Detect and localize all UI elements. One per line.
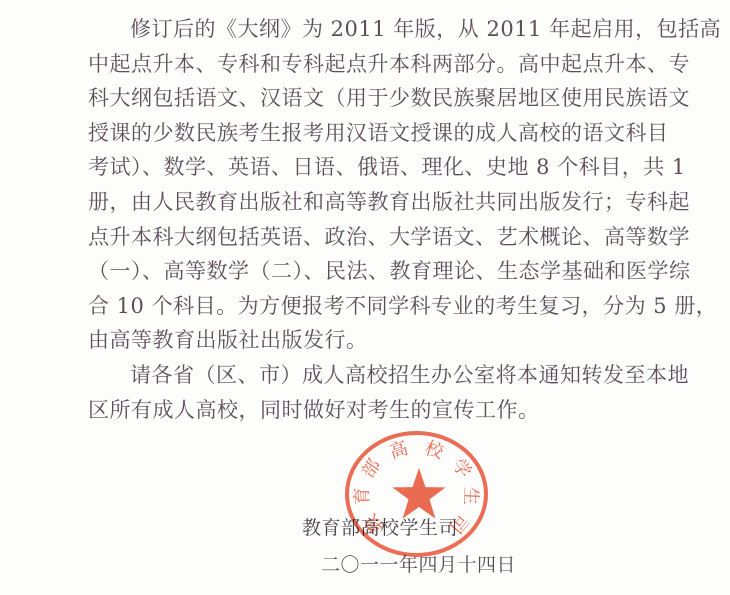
notice-body-text: 修订后的《大纲》为 2011 年版，从 2011 年起启用，包括高中起点升本、专… [88,12,650,427]
text-line: 中起点升本、专科和专科起点升本科两部分。高中起点升本、专 [88,47,650,82]
text-line: 请各省（区、市）成人高校招生办公室将本通知转发至本地 [88,358,650,393]
text-line: 区所有成人高校，同时做好对考生的宣传工作。 [88,393,650,428]
text-line: 册，由人民教育出版社和高等教育出版社共同出版发行；专科起 [88,185,650,220]
seal-arc-char: 学 [447,455,475,483]
document-page: 修订后的《大纲》为 2011 年版，从 2011 年起启用，包括高中起点升本、专… [0,0,730,595]
seal-arc-char: 生 [460,486,481,507]
text-line: （一）、高等数学（二）、民法、教育理论、生态学基础和医学综 [88,254,650,289]
seal-arc-char: 部 [358,455,386,483]
seal-arc-char: 高 [387,439,412,464]
seal-arc-char: 育 [352,486,373,507]
text-line: 修订后的《大纲》为 2011 年版，从 2011 年起启用，包括高 [88,12,650,47]
text-line: 合 10 个科目。为方便报考不同学科专业的考生复习，分为 5 册， [88,289,650,324]
text-line: 考试）、数学、英语、日语、俄语、理化、史地 8 个科目，共 1 [88,150,650,185]
text-line: 由高等教育出版社出版发行。 [88,323,650,358]
official-seal: 教育部高校学生司 [345,431,488,557]
text-line: 科大纲包括语文、汉语文（用于少数民族聚居地区使用民族语文 [88,81,650,116]
text-line: 点升本科大纲包括英语、政治、大学语文、艺术概论、高等数学 [88,220,650,255]
seal-arc-char: 教 [361,509,389,537]
text-line: 授课的少数民族考生报考用汉语文授课的成人高校的语文科目 [88,116,650,151]
red-star-icon [389,466,449,526]
seal-arc-char: 校 [421,439,446,464]
